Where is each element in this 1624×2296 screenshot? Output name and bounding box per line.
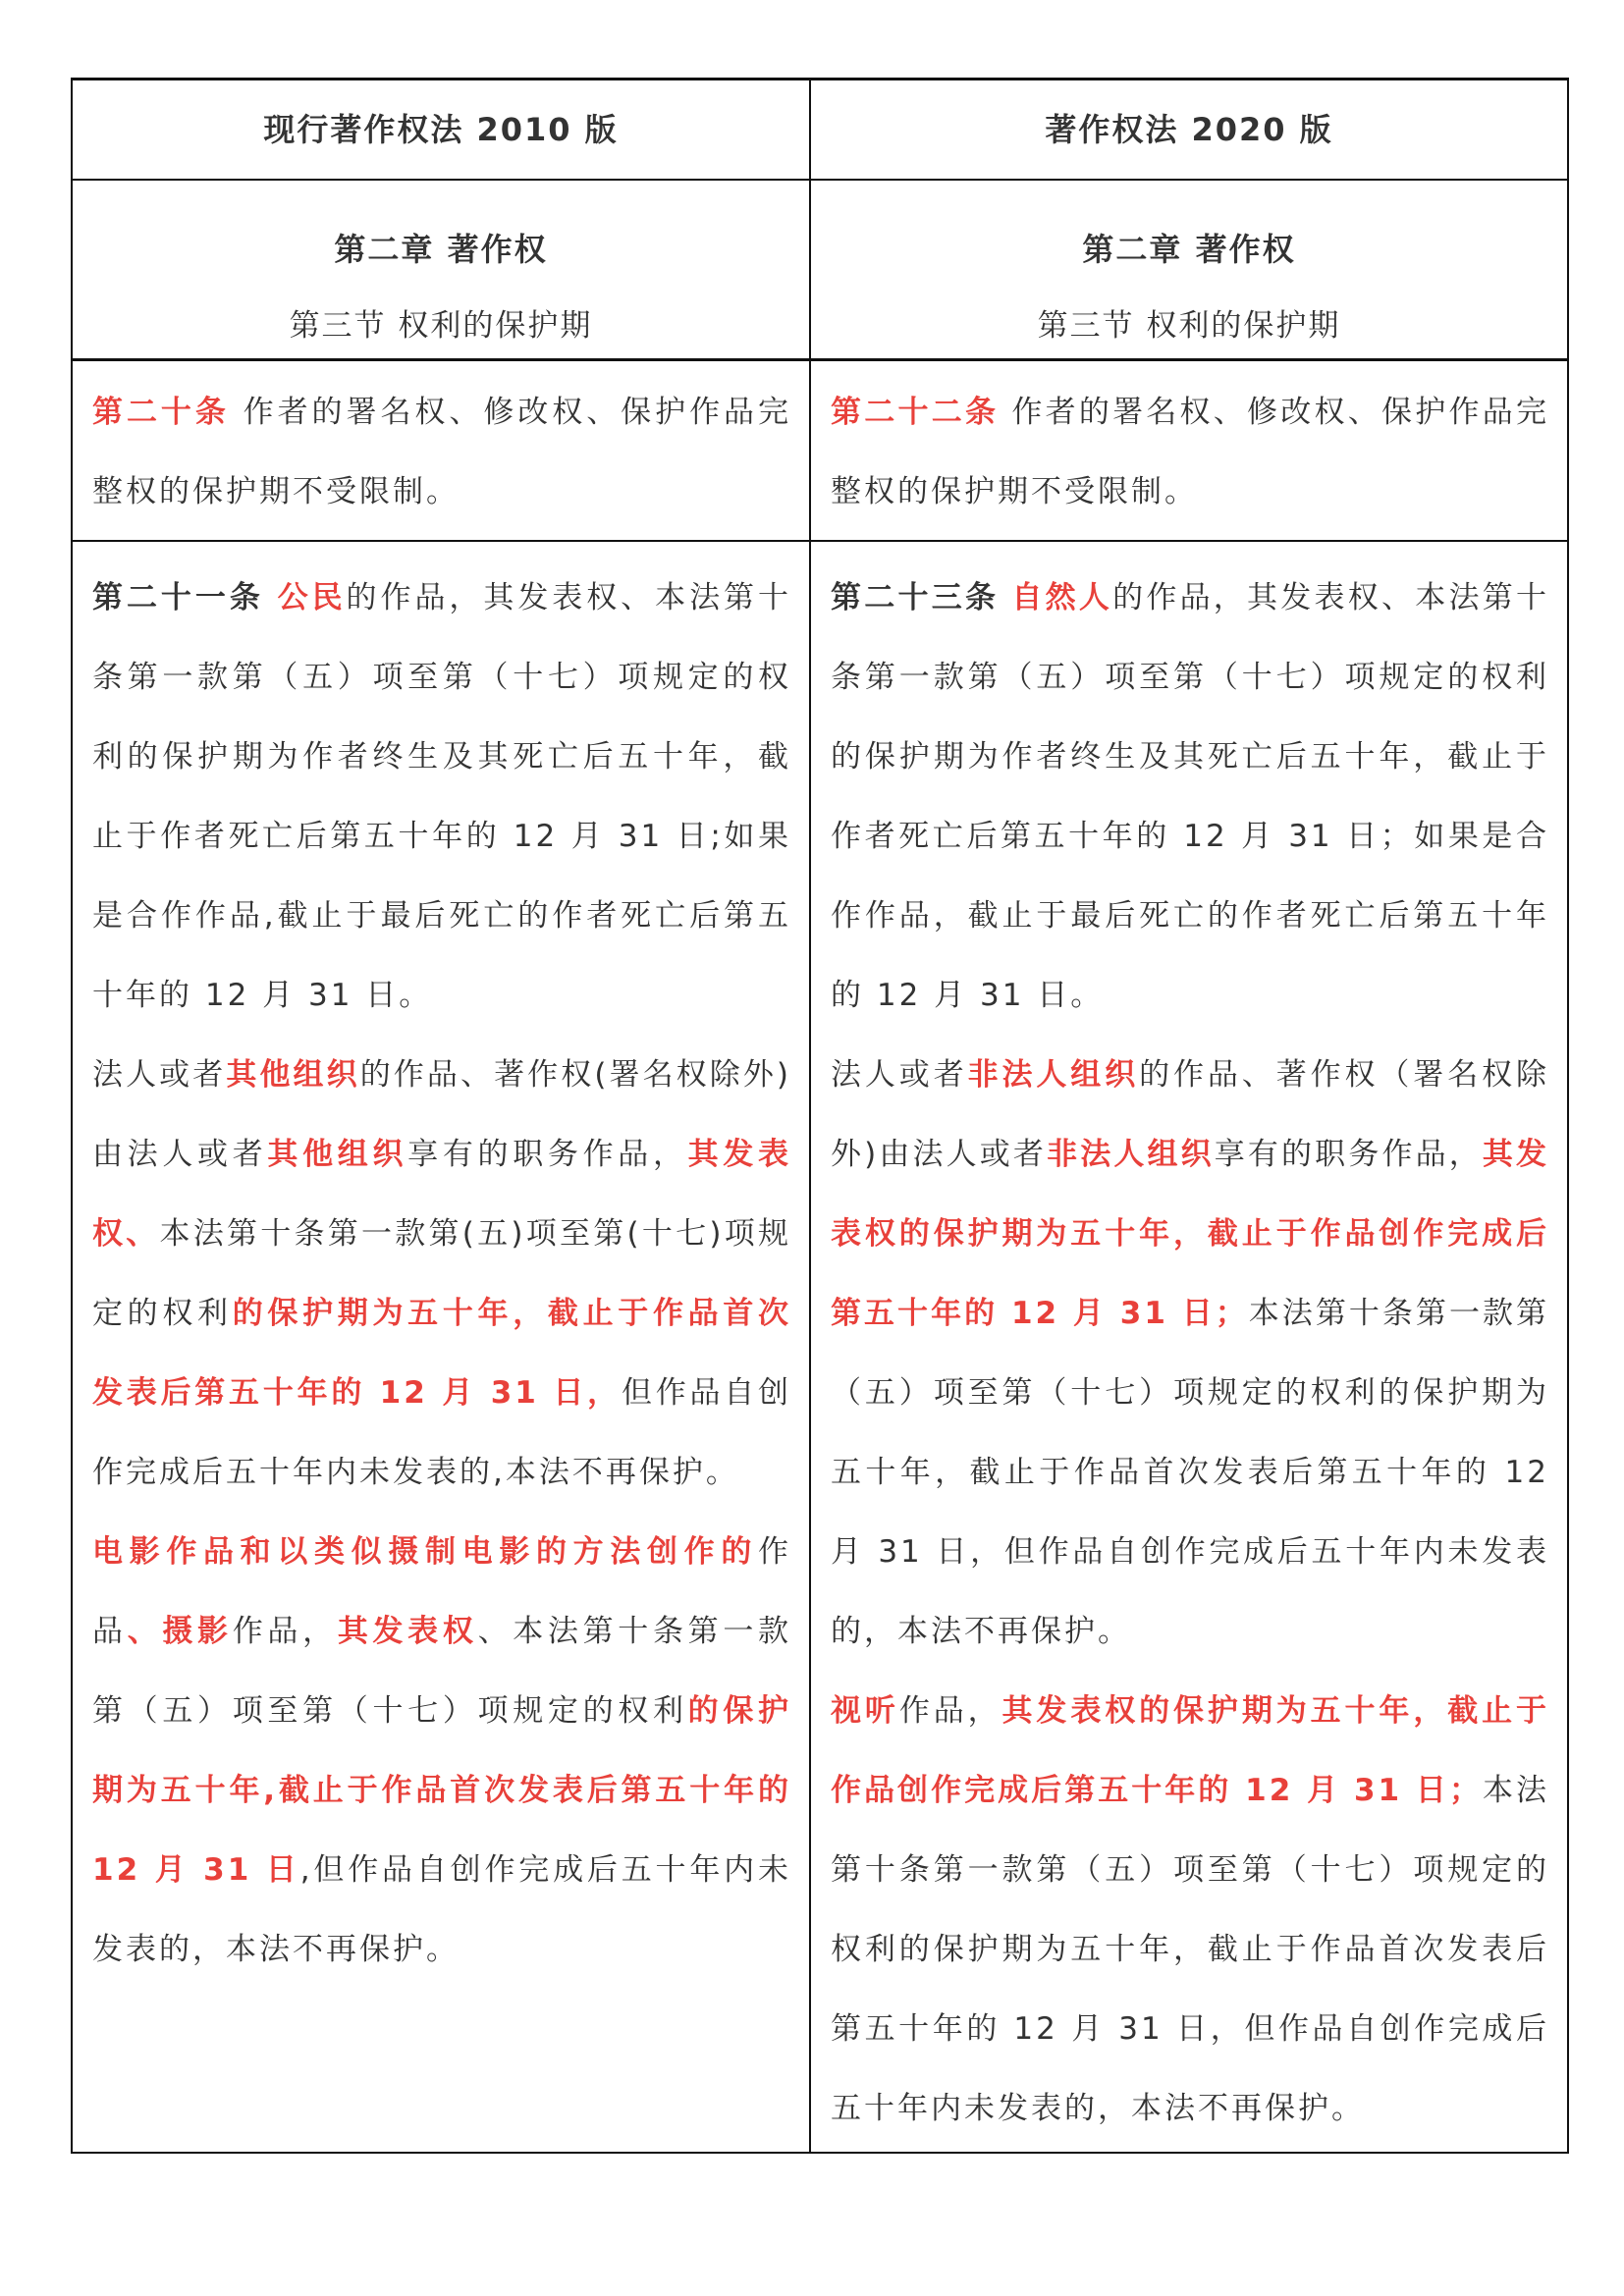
article-number: 第二十一条 <box>92 580 264 615</box>
header-row: 现行著作权法 2010 版 著作权法 2020 版 <box>72 80 1568 181</box>
section-title: 第三节 权利的保护期 <box>73 306 809 346</box>
article-text: 本法第十条第一款第（五）项至第（十七）项规定的权利的保护期为五十年，截止于作品首… <box>831 1296 1549 1649</box>
section-title: 第三节 权利的保护期 <box>811 306 1567 346</box>
article-paragraph: 第二十二条 作者的署名权、修改权、保护作品完整权的保护期不受限制。 <box>831 373 1549 532</box>
article-paragraph: 法人或者非法人组织的作品、著作权（署名权除外)由法人或者非法人组织享有的职务作品… <box>831 1036 1549 1672</box>
highlighted-change: 公民 <box>278 580 347 615</box>
highlighted-change: 非法人组织 <box>1047 1137 1215 1172</box>
article-row-protection-term: 第二十一条 公民的作品，其发表权、本法第十条第一款第（五）项至第（十七）项规定的… <box>72 541 1568 2153</box>
highlighted-change: 、摄影 <box>128 1614 233 1649</box>
article-text: 享有的职务作品， <box>1215 1137 1483 1172</box>
article-paragraph: 第二十三条 自然人的作品，其发表权、本法第十条第一款第（五）项至第（十七）项规定… <box>831 559 1549 1036</box>
highlighted-change: 第二十二条 <box>831 395 999 430</box>
article-text: 作品， <box>233 1614 338 1649</box>
header-right: 著作权法 2020 版 <box>810 80 1568 181</box>
highlighted-change: 其发表权 <box>338 1614 478 1649</box>
article-number: 第二十三条 <box>831 580 999 615</box>
article-text <box>264 580 278 615</box>
article-row-moral-rights: 第二十条 作者的署名权、修改权、保护作品完整权的保护期不受限制。 第二十二条 作… <box>72 360 1568 542</box>
header-right-title: 著作权法 2020 版 <box>811 80 1567 179</box>
header-left-title: 现行著作权法 2010 版 <box>73 80 809 179</box>
comparison-table: 现行著作权法 2010 版 著作权法 2020 版 第二章 著作权 第三节 权利… <box>71 78 1569 2154</box>
chapter-row: 第二章 著作权 第三节 权利的保护期 第二章 著作权 第三节 权利的保护期 <box>72 180 1568 360</box>
article-paragraph: 第二十一条 公民的作品，其发表权、本法第十条第一款第（五）项至第（十七）项规定的… <box>92 559 791 1036</box>
article-paragraph: 电影作品和以类似摄制电影的方法创作的作品、摄影作品，其发表权、本法第十条第一款第… <box>92 1513 791 1990</box>
article-paragraph: 法人或者其他组织的作品、著作权(署名权除外)由法人或者其他组织享有的职务作品，其… <box>92 1036 791 1513</box>
article-text: 的作品，其发表权、本法第十条第一款第（五）项至第（十七）项规定的权利的保护期为作… <box>831 580 1549 1013</box>
chapter-left: 第二章 著作权 第三节 权利的保护期 <box>72 180 810 360</box>
article-text: 享有的职务作品， <box>407 1137 687 1172</box>
article-paragraph: 第二十条 作者的署名权、修改权、保护作品完整权的保护期不受限制。 <box>92 373 791 532</box>
article-cell: 第二十一条 公民的作品，其发表权、本法第十条第一款第（五）项至第（十七）项规定的… <box>72 541 810 2153</box>
highlighted-change: 其他组织 <box>226 1057 359 1093</box>
article-text: 法人或者 <box>831 1057 968 1093</box>
highlighted-change: 非法人组织 <box>968 1057 1140 1093</box>
article-text: 法人或者 <box>92 1057 226 1093</box>
chapter-right: 第二章 著作权 第三节 权利的保护期 <box>810 180 1568 360</box>
highlighted-change: 视听 <box>831 1693 899 1729</box>
article-text: 作品， <box>899 1693 1002 1729</box>
article-text: 本法第十条第一款第（五）项至第（十七）项规定的权利的保护期为五十年，截止于作品首… <box>831 1773 1549 2126</box>
article-text <box>999 580 1011 615</box>
highlighted-change: 电影作品和以类似摄制电影的方法创作的 <box>92 1534 758 1570</box>
header-left: 现行著作权法 2010 版 <box>72 80 810 181</box>
article-paragraph: 视听作品，其发表权的保护期为五十年，截止于作品创作完成后第五十年的 12 月 3… <box>831 1672 1549 2149</box>
highlighted-change: 其他组织 <box>267 1137 407 1172</box>
highlighted-change: 自然人 <box>1011 580 1112 615</box>
chapter-title: 第二章 著作权 <box>73 230 809 269</box>
article-cell: 第二十二条 作者的署名权、修改权、保护作品完整权的保护期不受限制。 <box>810 360 1568 542</box>
chapter-title: 第二章 著作权 <box>811 230 1567 269</box>
article-cell: 第二十三条 自然人的作品，其发表权、本法第十条第一款第（五）项至第（十七）项规定… <box>810 541 1568 2153</box>
article-text: 的作品，其发表权、本法第十条第一款第（五）项至第（十七）项规定的权利的保护期为作… <box>92 580 791 1013</box>
article-cell: 第二十条 作者的署名权、修改权、保护作品完整权的保护期不受限制。 <box>72 360 810 542</box>
highlighted-change: 第二十条 <box>92 395 230 430</box>
